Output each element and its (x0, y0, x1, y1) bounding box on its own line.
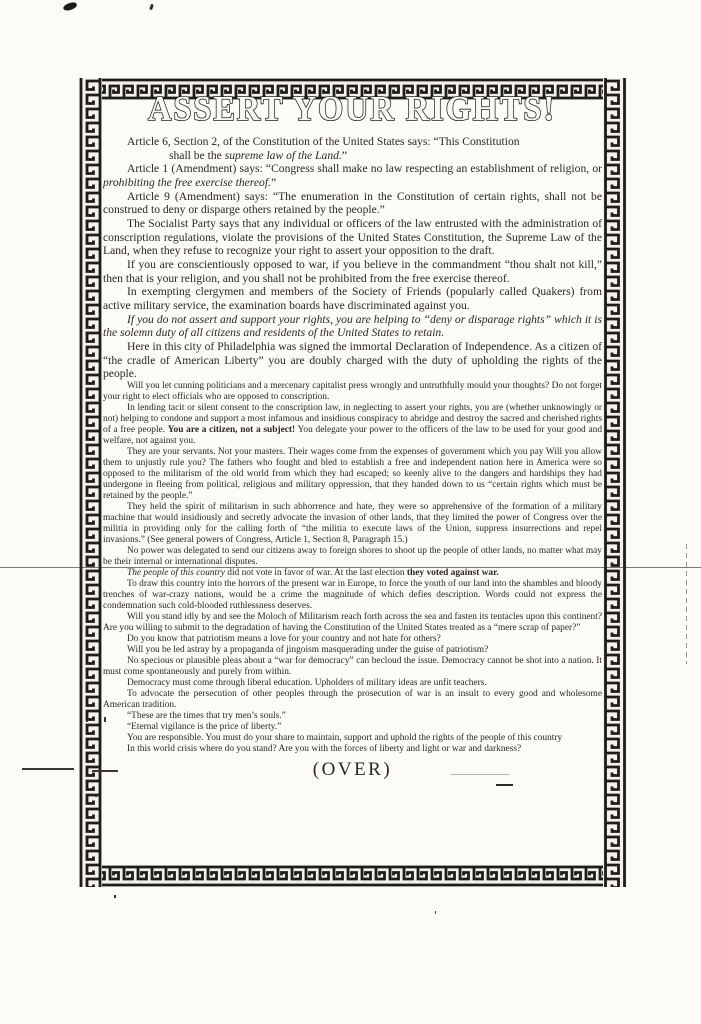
paragraph-philadelphia: Here in this city of Philadelphia was si… (103, 340, 602, 381)
ink-speck (104, 717, 106, 722)
pencil-dash (92, 770, 118, 772)
ink-speck (86, 720, 88, 722)
crease-line (0, 567, 701, 568)
paragraph-liberal-education: Democracy must come through liberal educ… (103, 678, 602, 689)
text-segment: At the last election (332, 568, 407, 578)
pencil-dot (95, 795, 97, 797)
paragraph-servants-not-masters: They are your servants. Not your masters… (103, 447, 602, 502)
vertical-crease (686, 544, 687, 664)
ink-dot (435, 911, 436, 914)
text-segment-bold: they voted against war. (407, 568, 499, 578)
paragraph-war-for-democracy: No specious or plausible pleas about a “… (103, 656, 602, 678)
paragraph-you-are-responsible: You are responsible. You must do your sh… (103, 733, 602, 744)
paragraph-persecution-insult: To advocate the persecution of other peo… (103, 689, 602, 711)
text-segment-italic: The people of this country (127, 568, 227, 578)
text-segment-italic: prohibiting the free exercise thereof. (103, 176, 271, 189)
paragraph-did-not-vote: The people of this country did not vote … (103, 568, 602, 579)
ink-speck (149, 4, 154, 11)
text-segment: ” (271, 176, 276, 189)
decorative-border-bottom (79, 865, 627, 887)
paragraph-article1: Article 1 (Amendment) says: “Congress sh… (103, 162, 602, 189)
paragraph-cunning-politicians: Will you let cunning politicians and a m… (103, 381, 602, 403)
quote-eternal-vigilance: “Eternal vigilance is the price of liber… (103, 722, 602, 733)
ink-blob (62, 1, 77, 11)
paragraph-world-crisis: In this world crisis where do you stand?… (103, 744, 602, 755)
paragraph-socialist-party: The Socialist Party says that any indivi… (103, 217, 602, 258)
text-segment-bold: You are a citizen, not a subject! (168, 425, 295, 435)
paragraph-tacit-consent: In lending tacit or silent consent to th… (103, 403, 602, 447)
flyer-content: ASSERT YOUR RIGHTS! Article 6, Section 2… (103, 87, 602, 865)
paragraph-moloch-of-militarism: Will you stand idly by and see the Moloc… (103, 612, 602, 634)
paragraph-patriotism-love: Do you know that patriotism means a love… (103, 634, 602, 645)
paragraph-article9: Article 9 (Amendment) says: “The enumera… (103, 190, 602, 217)
paragraph-horrors-of-war: To draw this country into the horrors of… (103, 579, 602, 612)
text-segment: Article 1 (Amendment) says: “Congress sh… (127, 162, 602, 175)
flyer-title: ASSERT YOUR RIGHTS! (103, 87, 602, 131)
text-segment: ” (342, 149, 347, 162)
paragraph-militarism-abhorrence: They held the spirit of militarism in su… (103, 502, 602, 546)
faint-dash (450, 774, 510, 775)
text-segment: did not vote in favor of war. (227, 568, 332, 578)
ink-dot (114, 895, 116, 898)
quote-times-try-souls: “These are the times that try men’s soul… (103, 711, 602, 722)
paragraph-no-power-delegated: No power was delegated to send our citiz… (103, 546, 602, 568)
paragraph-assert-support-rights: If you do not assert and support your ri… (103, 313, 602, 340)
ink-dash (496, 784, 513, 786)
pencil-dash (22, 768, 74, 770)
paragraph-jingoism: Will you be led astray by a propaganda o… (103, 645, 602, 656)
decorative-border-right (603, 78, 627, 887)
scanned-flyer-page: ASSERT YOUR RIGHTS! Article 6, Section 2… (0, 0, 701, 1024)
paragraph-article6-line2: shall be the supreme law of the Land.” (103, 149, 602, 163)
text-segment: shall be the (169, 149, 225, 162)
over-label: (OVER) (103, 759, 602, 781)
paragraph-conscientious-objection: If you are conscientiously opposed to wa… (103, 258, 602, 285)
flyer-title-text: ASSERT YOUR RIGHTS! (148, 89, 556, 128)
text-segment-italic: supreme law of the Land. (225, 149, 342, 162)
decorative-border-left (79, 78, 102, 887)
paragraph-article6-line1: Article 6, Section 2, of the Constitutio… (103, 135, 602, 149)
paragraph-quakers: In exempting clergymen and members of th… (103, 285, 602, 312)
